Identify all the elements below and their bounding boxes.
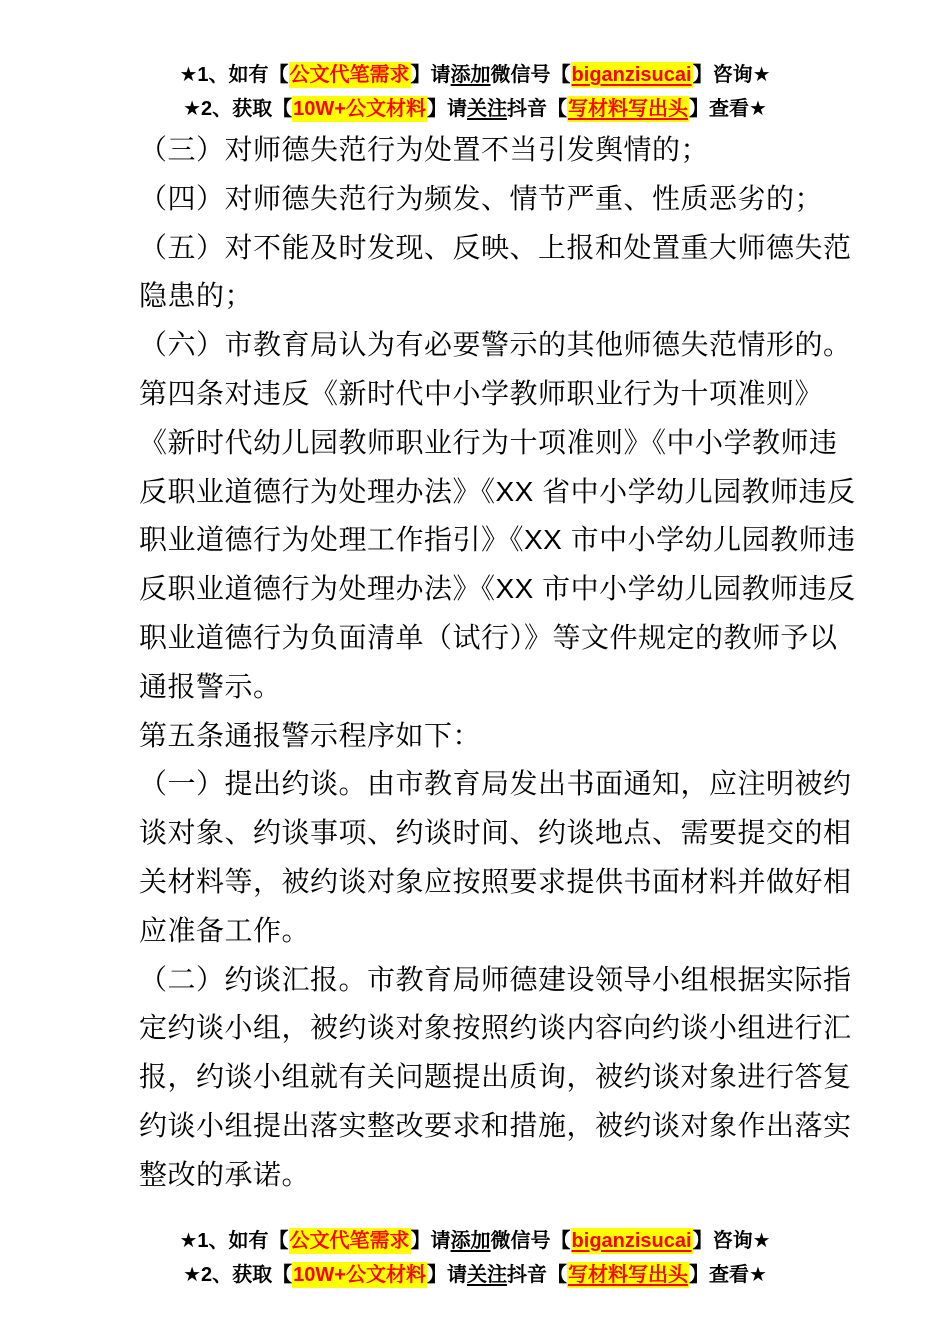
- document-line: 定约谈小组，被约谈对象按照约谈内容向约谈小组进行汇: [139, 1004, 850, 1053]
- document-line: 职业道德行为处理工作指引》《XX 市中小学幼儿园教师违: [139, 516, 850, 565]
- document-line: （五）对不能及时发现、反映、上报和处置重大师德失范: [139, 224, 850, 273]
- promo-header-line-2: ★2、获取【10W+公文材料】请关注抖音【写材料写出头】查看★: [0, 92, 950, 126]
- document-line: （二）约谈汇报。市教育局师德建设领导小组根据实际指: [139, 956, 850, 1005]
- promo-header: ★1、如有【公文代笔需求】请添加微信号【biganzisucai】咨询★ ★2、…: [0, 0, 950, 126]
- document-line: 约谈小组提出落实整改要求和措施，被约谈对象作出落实: [139, 1102, 850, 1151]
- promo-need-highlight: 公文代笔需求: [289, 1228, 411, 1254]
- promo-add-underline: 添加: [451, 64, 491, 86]
- promo-suffix: 】咨询★: [693, 1230, 771, 1252]
- promo-follow-underline: 关注: [467, 98, 507, 120]
- promo-footer: ★1、如有【公文代笔需求】请添加微信号【biganzisucai】咨询★ ★2、…: [0, 1200, 950, 1292]
- promo-add-underline: 添加: [451, 1230, 491, 1252]
- document-line: 第五条通报警示程序如下：: [139, 712, 850, 761]
- promo-mid: 】请: [411, 64, 451, 86]
- document-line: 整改的承诺。: [139, 1151, 850, 1200]
- promo-header-line-1: ★1、如有【公文代笔需求】请添加微信号【biganzisucai】咨询★: [0, 58, 950, 92]
- promo-prefix: ★2、获取【: [183, 1264, 292, 1286]
- promo-mid: 微信号【: [491, 1230, 571, 1252]
- promo-mid: 抖音【: [507, 1264, 567, 1286]
- document-line: 职业道德行为负面清单（试行）》等文件规定的教师予以: [139, 614, 850, 663]
- document-line: 通报警示。: [139, 663, 850, 712]
- promo-material-highlight: 10W+公文材料: [292, 96, 427, 122]
- promo-need-highlight: 公文代笔需求: [289, 62, 411, 88]
- promo-footer-line-2: ★2、获取【10W+公文材料】请关注抖音【写材料写出头】查看★: [0, 1258, 950, 1292]
- promo-material-highlight: 10W+公文材料: [292, 1262, 427, 1288]
- promo-mid: 】请: [427, 1264, 467, 1286]
- promo-douyin-name: 写材料写出头: [567, 1262, 689, 1288]
- promo-mid: 】请: [411, 1230, 451, 1252]
- document-line: 第四条对违反《新时代中小学教师职业行为十项准则》: [139, 370, 850, 419]
- promo-follow-underline: 关注: [467, 1264, 507, 1286]
- document-line: 报，约谈小组就有关问题提出质询，被约谈对象进行答复: [139, 1053, 850, 1102]
- promo-mid: 】请: [427, 98, 467, 120]
- promo-footer-line-1: ★1、如有【公文代笔需求】请添加微信号【biganzisucai】咨询★: [0, 1224, 950, 1258]
- document-line: 《新时代幼儿园教师职业行为十项准则》《中小学教师违: [139, 419, 850, 468]
- promo-suffix: 】咨询★: [693, 64, 771, 86]
- promo-suffix: 】查看★: [689, 1264, 767, 1286]
- document-line: 应准备工作。: [139, 907, 850, 956]
- document-line: 反职业道德行为处理办法》《XX 市中小学幼儿园教师违反: [139, 565, 850, 614]
- document-line: 反职业道德行为处理办法》《XX 省中小学幼儿园教师违反: [139, 468, 850, 517]
- document-line: （一）提出约谈。由市教育局发出书面通知，应注明被约: [139, 760, 850, 809]
- document-line: 谈对象、约谈事项、约谈时间、约谈地点、需要提交的相: [139, 809, 850, 858]
- promo-prefix: ★2、获取【: [183, 98, 292, 120]
- document-line: （四）对师德失范行为频发、情节严重、性质恶劣的；: [139, 175, 850, 224]
- promo-wechat-id: biganzisucai: [571, 62, 693, 88]
- document-line: 隐患的；: [139, 272, 850, 321]
- promo-mid: 抖音【: [507, 98, 567, 120]
- document-body: （三）对师德失范行为处置不当引发舆情的； （四）对师德失范行为频发、情节严重、性…: [0, 126, 950, 1200]
- document-line: （三）对师德失范行为处置不当引发舆情的；: [139, 126, 850, 175]
- promo-wechat-id: biganzisucai: [571, 1228, 693, 1254]
- document-line: 关材料等，被约谈对象应按照要求提供书面材料并做好相: [139, 858, 850, 907]
- promo-prefix: ★1、如有【: [179, 1230, 288, 1252]
- document-line: （六）市教育局认为有必要警示的其他师德失范情形的。: [139, 321, 850, 370]
- promo-mid: 微信号【: [491, 64, 571, 86]
- promo-prefix: ★1、如有【: [179, 64, 288, 86]
- document-page: ★1、如有【公文代笔需求】请添加微信号【biganzisucai】咨询★ ★2、…: [0, 0, 950, 1344]
- promo-douyin-name: 写材料写出头: [567, 96, 689, 122]
- promo-suffix: 】查看★: [689, 98, 767, 120]
